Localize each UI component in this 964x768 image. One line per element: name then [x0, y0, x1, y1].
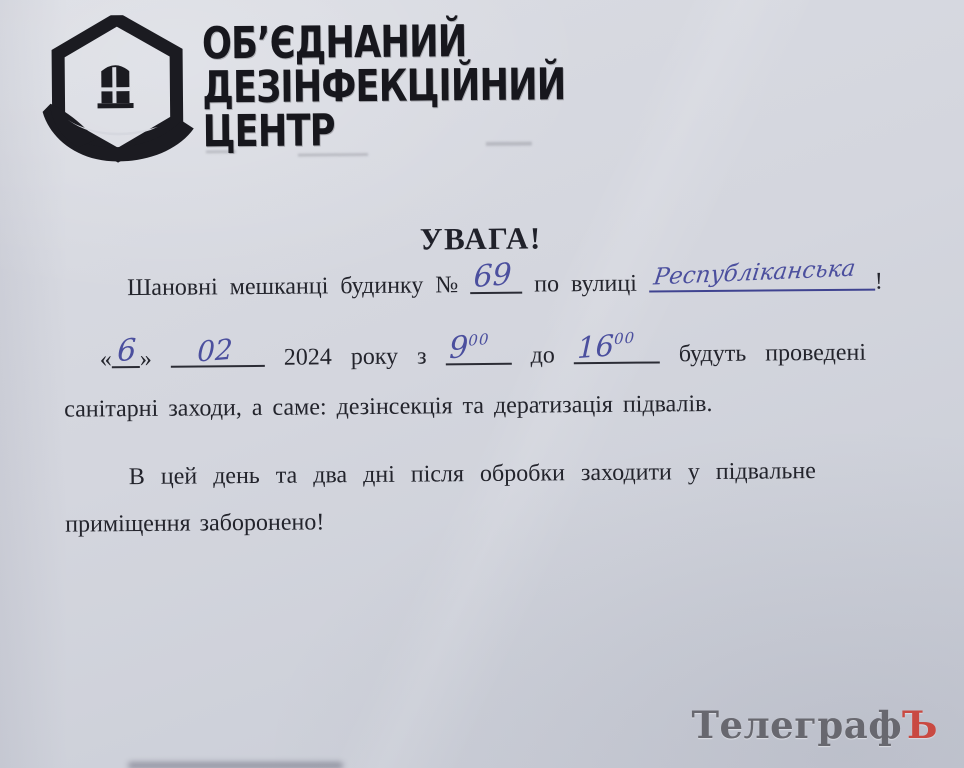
handwritten-time-to: 1600: [577, 329, 636, 363]
time-to-superscript: 00: [614, 328, 636, 348]
day-blank: 6: [112, 344, 140, 368]
telegraf-watermark: ТелеграфЪ: [692, 703, 939, 747]
org-wordmark: ОБ’ЄДНАНИЙ ДЕЗІНФЕКЦІЙНИЙ ЦЕНТР: [202, 19, 566, 154]
org-name-line-2: ДЕЗІНФЕКЦІЙНИЙ: [202, 63, 565, 110]
bottom-edge-print-smudge: [128, 762, 343, 768]
month-blank: 02: [171, 343, 265, 368]
paragraph-warning-line2: приміщення заборонено!: [65, 509, 324, 538]
time-to-blank: 1600: [574, 339, 660, 364]
house-in-hand-hexagon-icon: [37, 14, 198, 167]
paragraph-measures: санітарні заходи, а саме: дезінсекція та…: [64, 391, 712, 424]
handwritten-month: 02: [197, 336, 233, 367]
p2-open-quote: «: [100, 346, 112, 372]
paragraph-residents: Шановні мешканці будинку № 69 по вулиці …: [127, 266, 883, 302]
street-name-blank: Республіканська: [649, 267, 875, 293]
org-name-line-3: ЦЕНТР: [203, 107, 566, 154]
watermark-main-text: Телеграф: [692, 703, 903, 747]
time-from-superscript: 00: [468, 330, 490, 350]
handwritten-street-name: Республіканська: [652, 258, 856, 290]
house-number-blank: 69: [470, 270, 522, 294]
notice-sheet: ОБ’ЄДНАНИЙ ДЕЗІНФЕКЦІЙНИЙ ЦЕНТР УВАГА! Ш…: [0, 0, 964, 768]
handwritten-time-from: 900: [449, 331, 490, 364]
time-to-value: 16: [577, 328, 615, 365]
time-from-blank: 900: [445, 341, 511, 366]
notice-title: УВАГА!: [0, 217, 963, 261]
p1-exclamation: !: [875, 268, 883, 294]
handwritten-house-number: 69: [473, 260, 512, 293]
p2-to-text: до: [530, 342, 554, 368]
paragraph-warning-line1: В цей день та два дні після обробки захо…: [129, 458, 816, 491]
handwritten-day: 6: [117, 336, 137, 368]
p2-year-text: 2024 року з: [284, 343, 427, 370]
watermark-accent-letter: Ъ: [902, 703, 938, 747]
time-from-value: 9: [449, 330, 469, 367]
p1-mid-text: по вулиці: [534, 271, 637, 298]
p2-tail-text: будуть проведені: [679, 340, 866, 368]
p2-close-quote: »: [140, 346, 152, 372]
p1-lead-text: Шановні мешканці будинку №: [127, 272, 458, 301]
paragraph-date-time: «6» 02 2024 року з 900 до 1600 будуть пр…: [100, 338, 866, 374]
